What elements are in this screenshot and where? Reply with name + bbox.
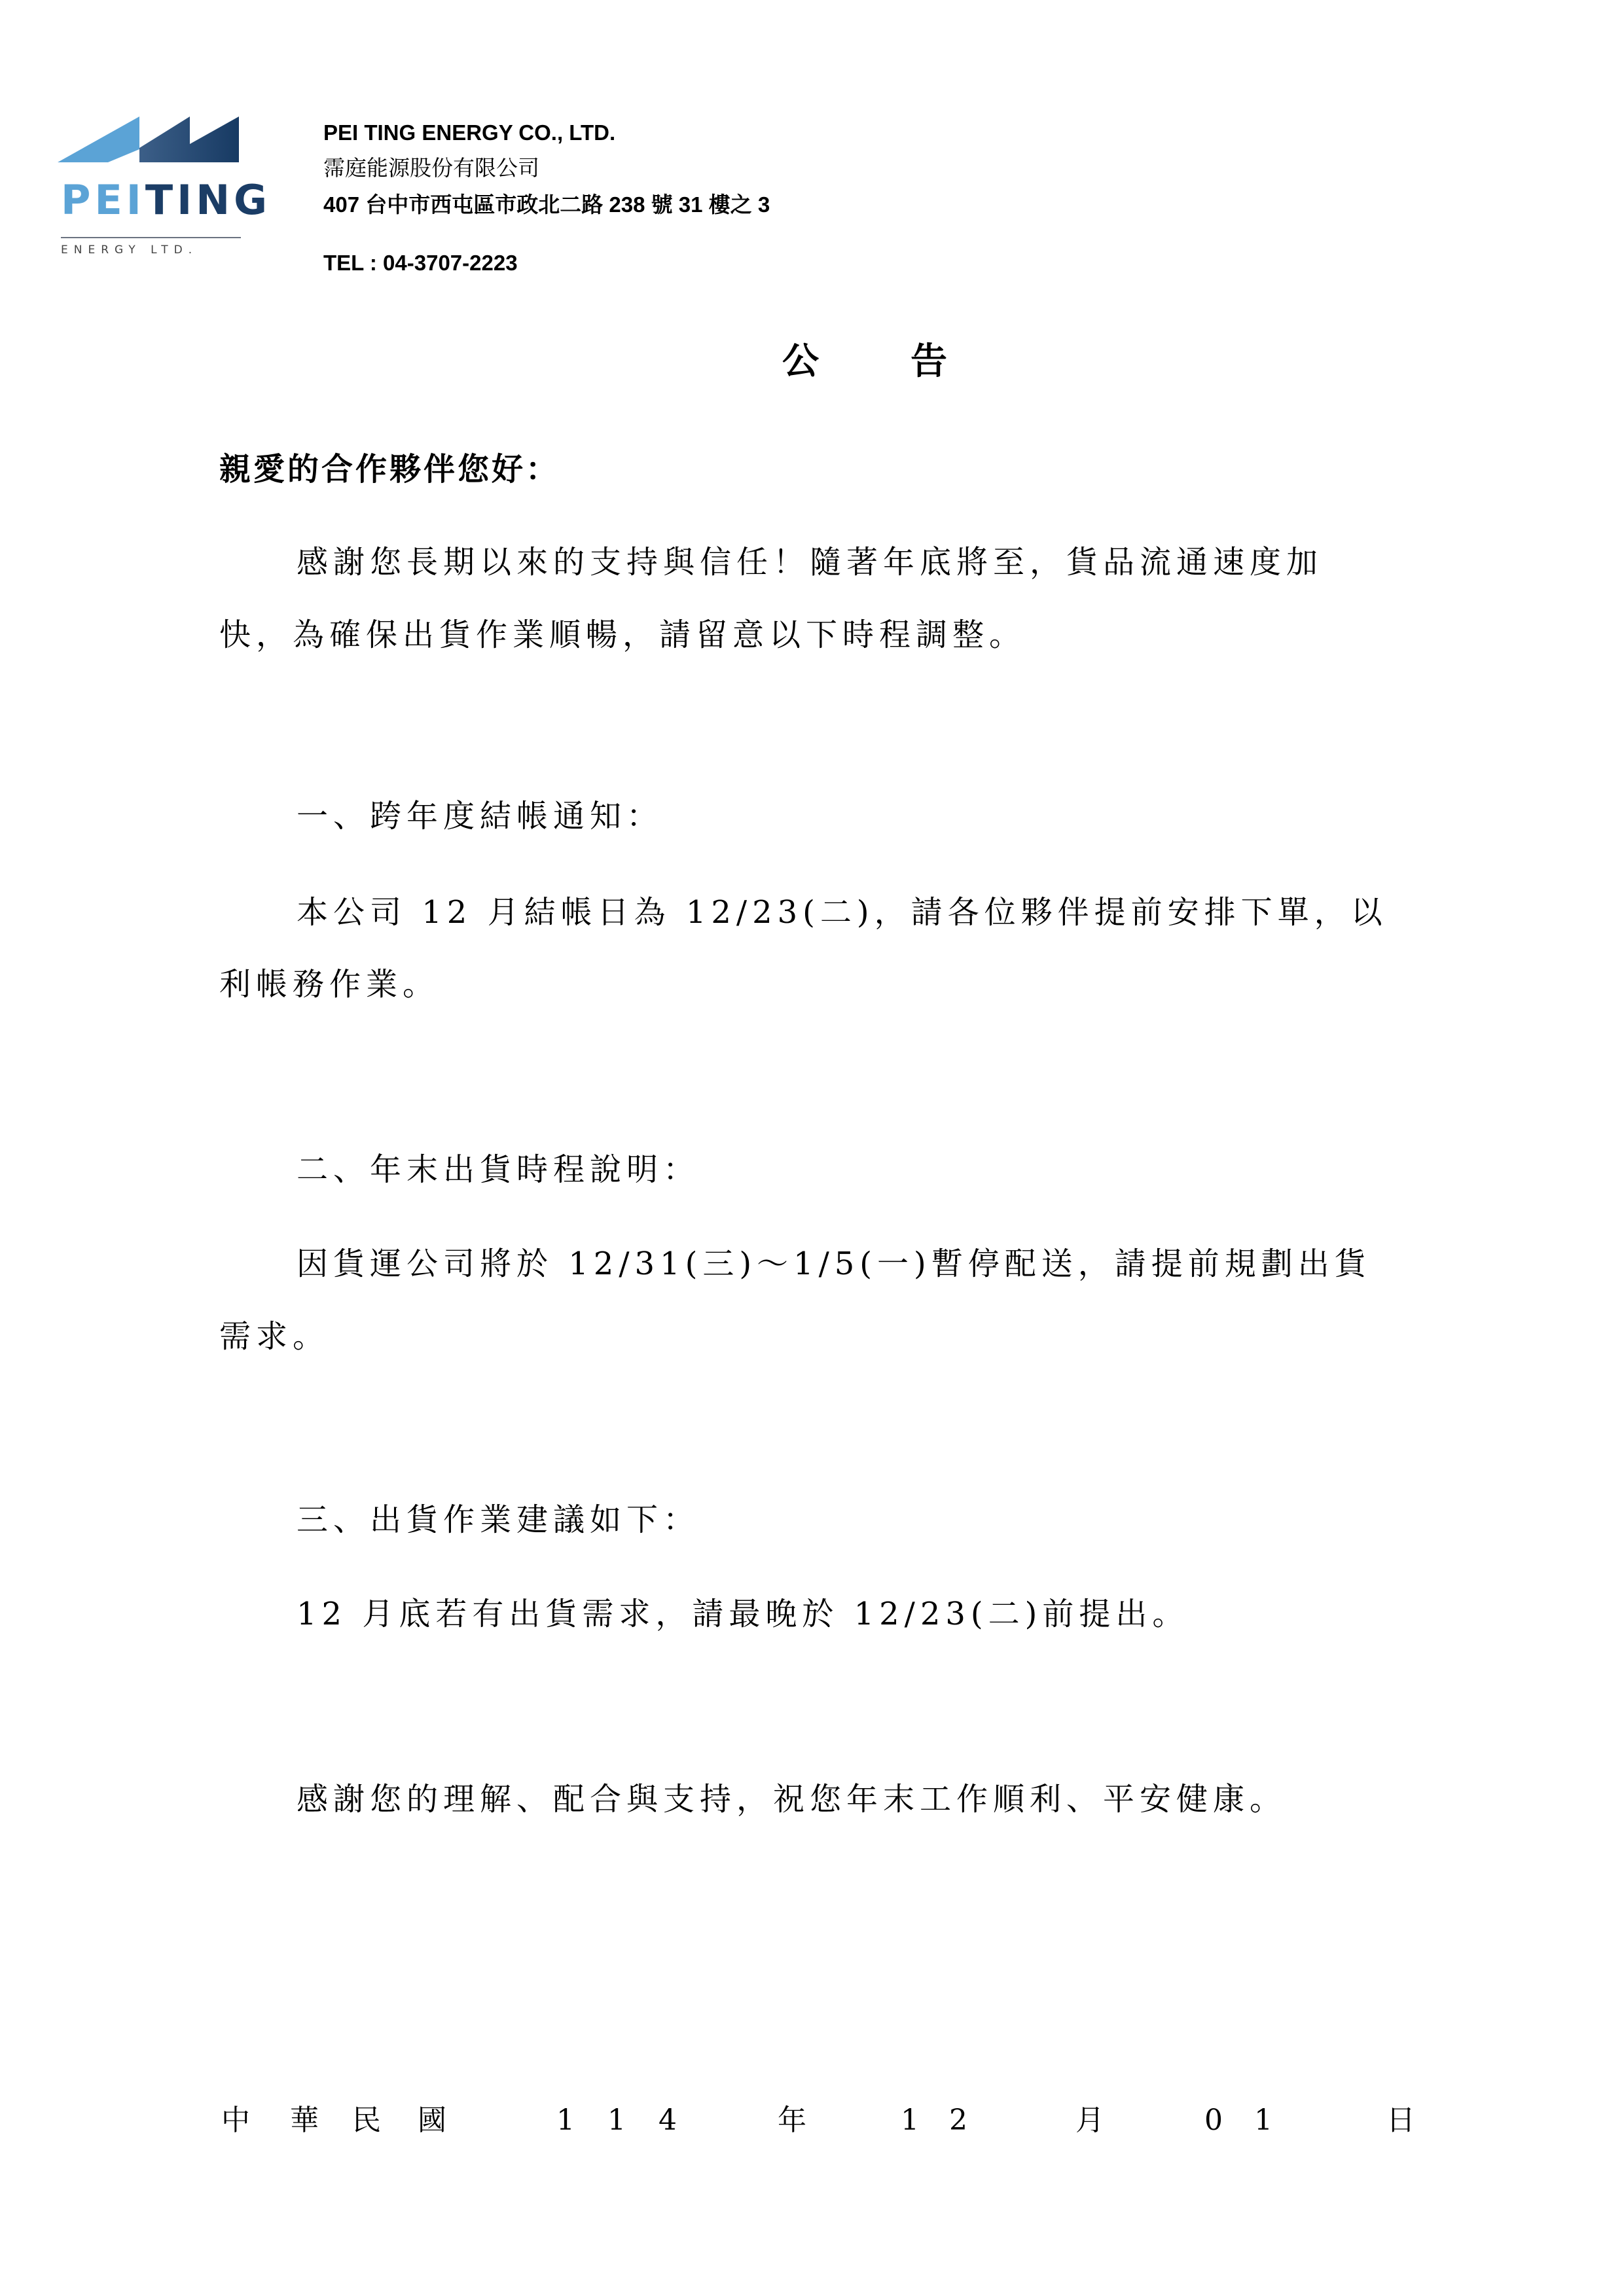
company-name-en: PEI TING ENERGY CO., LTD. (323, 122, 615, 143)
date-year-label: 年 (778, 2106, 806, 2135)
date-era-char: 華 (290, 2106, 319, 2135)
date-month-digit: 2 (949, 2106, 967, 2135)
logo-divider (61, 237, 241, 238)
date-era-char: 國 (418, 2106, 446, 2135)
company-address: 407 台中市西屯區市政北二路 238 號 31 樓之 3 (323, 194, 770, 215)
section-3-body-1: 12 月底若有出貨需求，請最晚於 12/23(二)前提出。 (297, 1598, 1189, 1630)
section-2-body-2: 需求。 (219, 1321, 329, 1352)
section-3-heading: 三、出貨作業建議如下： (297, 1504, 700, 1535)
section-1-body-1: 本公司 12 月結帳日為 12/23(二)，請各位夥伴提前安排下單，以 (297, 897, 1388, 928)
date-era-char: 中 (221, 2106, 250, 2135)
document-date: 中 華 民 國 1 1 4 年 1 2 月 0 1 日 (221, 2106, 1419, 2145)
company-logo: PEITING ENERGY LTD. (56, 111, 245, 249)
closing-line: 感謝您的理解、配合與支持，祝您年末工作順利、平安健康。 (297, 1784, 1286, 1815)
company-name-zh: 霈庭能源股份有限公司 (323, 157, 539, 179)
greeting: 親愛的合作夥伴您好： (219, 454, 560, 485)
date-year-digit: 4 (659, 2106, 677, 2135)
date-day-digit: 1 (1254, 2106, 1272, 2135)
logo-wordmark: PEITING (61, 180, 271, 221)
intro-line-2: 快，為確保出貨作業順暢，請留意以下時程調整。 (219, 619, 1026, 651)
intro-line-1: 感謝您長期以來的支持與信任！隨著年底將至，貨品流通速度加 (297, 547, 1323, 578)
section-2-body-1: 因貨運公司將於 12/31(三)～1/5(一)暫停配送，請提前規劃出貨 (297, 1248, 1371, 1280)
date-year-digit: 1 (607, 2106, 626, 2135)
date-month-digit: 1 (901, 2106, 919, 2135)
date-year-digit: 1 (556, 2106, 575, 2135)
date-day-digit: 0 (1204, 2106, 1223, 2135)
logo-mountain-icon (56, 111, 245, 177)
logo-subtitle: ENERGY LTD. (61, 243, 198, 257)
company-tel: TEL : 04-3707-2223 (323, 252, 518, 274)
section-2-heading: 二、年末出貨時程說明： (297, 1154, 700, 1185)
section-1-heading: 一、跨年度結帳通知： (297, 800, 663, 832)
section-1-body-2: 利帳務作業。 (219, 969, 439, 1000)
page-title: 公告 (782, 332, 1039, 385)
date-day-label: 日 (1386, 2106, 1415, 2135)
date-era-char: 民 (352, 2106, 381, 2135)
date-month-label: 月 (1075, 2106, 1104, 2135)
